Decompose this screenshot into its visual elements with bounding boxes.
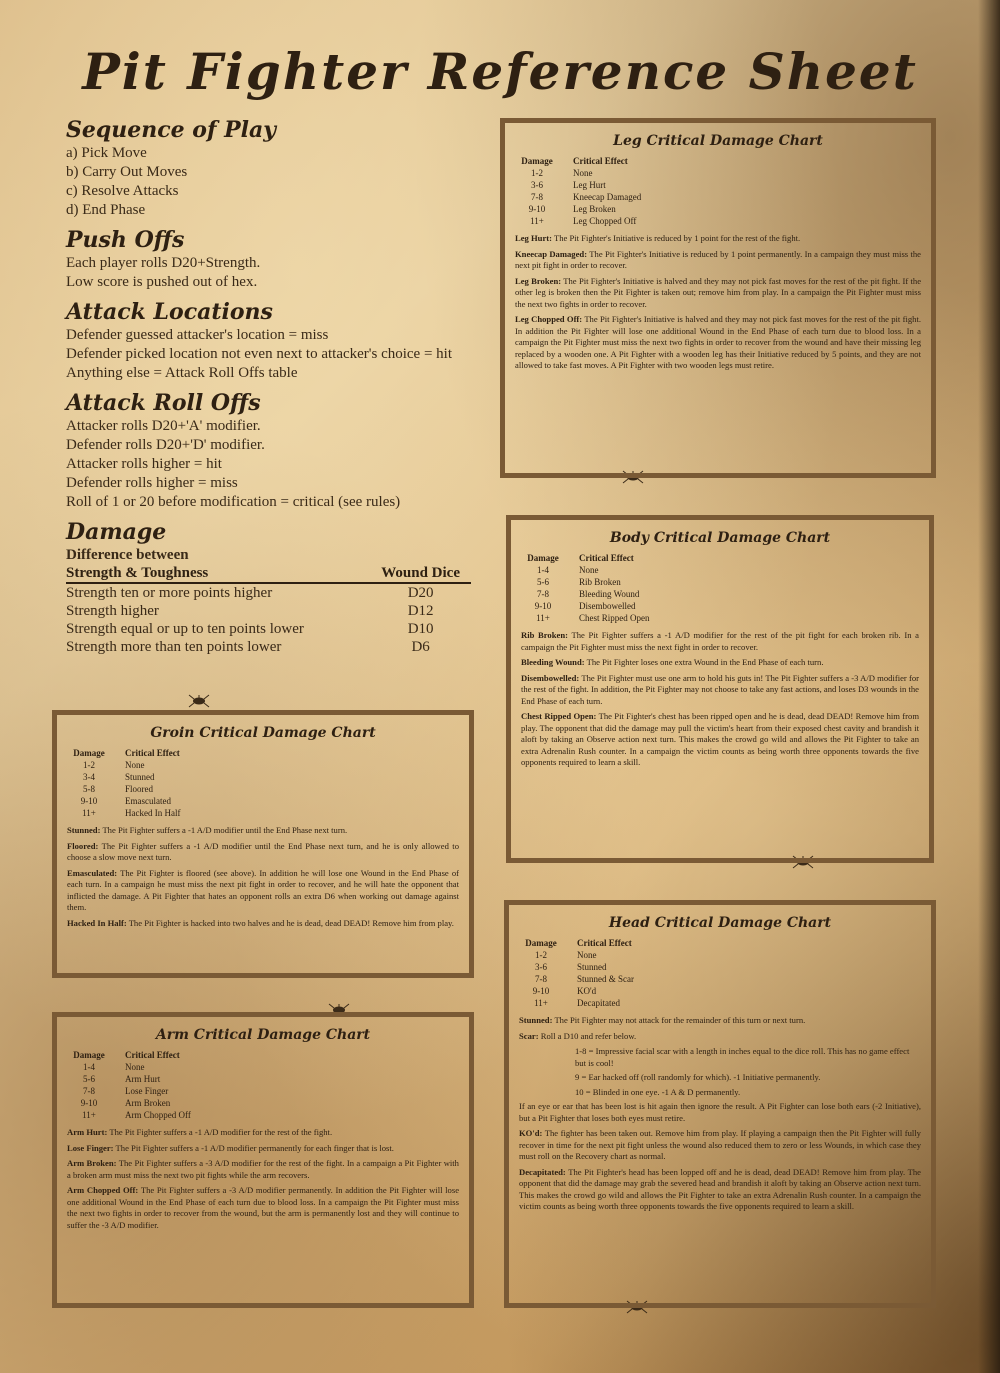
effect-cell: Kneecap Damaged [573, 191, 655, 203]
rule-term: Arm Hurt: [67, 1127, 107, 1137]
rule-text: The fighter has been taken out. Remove h… [519, 1128, 921, 1161]
chart-title: Groin Critical Damage Chart [67, 725, 459, 741]
effect-cell: Leg Hurt [573, 179, 655, 191]
rule-text: The Pit Fighter must use one arm to hold… [521, 673, 919, 706]
dice-cell: D20 [370, 583, 471, 602]
list-item: d) End Phase [66, 201, 476, 220]
effect-cell: Hacked In Half [125, 807, 194, 819]
table-row: 11+Decapitated [519, 997, 648, 1009]
rule-paragraph: Leg Hurt: The Pit Fighter's Initiative i… [515, 233, 921, 245]
effect-cell: Arm Broken [125, 1097, 205, 1109]
rule-paragraph: Lose Finger: The Pit Fighter suffers a -… [67, 1143, 459, 1155]
table-row: 9-10Emasculated [67, 795, 194, 807]
effect-cell: Stunned [577, 961, 648, 973]
section-attack-roll-offs: Attack Roll Offs Attacker rolls D20+'A' … [66, 389, 476, 512]
damage-cell: 11+ [67, 1109, 125, 1121]
table-row: 9-10Disembowelled [521, 600, 664, 612]
effect-cell: Stunned [125, 771, 194, 783]
table-row: 7-8Stunned & Scar [519, 973, 648, 985]
rule-term: Floored: [67, 841, 98, 851]
effect-cell: Arm Chopped Off [125, 1109, 205, 1121]
rule-line: Anything else = Attack Roll Offs table [66, 364, 476, 383]
table-row: 5-8Floored [67, 783, 194, 795]
damage-cell: 1-2 [515, 167, 573, 179]
damage-cell: 3-4 [67, 771, 125, 783]
column-header: Damage [519, 937, 577, 949]
critical-table: DamageCritical Effect 1-4None 5-6Arm Hur… [67, 1049, 205, 1121]
damage-cell: 11+ [67, 807, 125, 819]
table-row: 11+Arm Chopped Off [67, 1109, 205, 1121]
rule-paragraph: Rib Broken: The Pit Fighter suffers a -1… [521, 630, 919, 653]
scar-note: If an eye or ear that has been lost is h… [519, 1101, 921, 1124]
effect-cell: None [125, 759, 194, 771]
table-row: 1-4None [67, 1061, 205, 1073]
section-heading: Attack Roll Offs [66, 389, 476, 417]
effect-cell: None [579, 564, 664, 576]
damage-cell: 9-10 [67, 795, 125, 807]
scar-option: 1-8 = Impressive facial scar with a leng… [575, 1046, 921, 1069]
column-header: Damage [521, 552, 579, 564]
damage-cell: 11+ [519, 997, 577, 1009]
rule-text: The Pit Fighter's head has been lopped o… [519, 1167, 921, 1212]
rule-text: The Pit Fighter's Initiative is reduced … [554, 233, 800, 243]
damage-cell: 1-4 [67, 1061, 125, 1073]
section-heading: Sequence of Play [66, 116, 476, 144]
chart-title: Arm Critical Damage Chart [67, 1027, 459, 1043]
damage-cell: 7-8 [67, 1085, 125, 1097]
rule-term: Kneecap Damaged: [515, 249, 587, 259]
section-damage: Damage Difference between Strength & Tou… [66, 518, 476, 656]
rule-term: KO'd: [519, 1128, 542, 1138]
rule-term: Chest Ripped Open: [521, 711, 596, 721]
table-row: 11+Leg Chopped Off [515, 215, 655, 227]
table-row: 3-6Stunned [519, 961, 648, 973]
damage-cell: 9-10 [515, 203, 573, 215]
rule-text: The Pit Fighter suffers a -3 A/D modifie… [67, 1158, 459, 1180]
list-item: c) Resolve Attacks [66, 182, 476, 201]
rule-paragraph: Leg Chopped Off: The Pit Fighter's Initi… [515, 314, 921, 372]
rule-paragraph: Hacked In Half: The Pit Fighter is hacke… [67, 918, 459, 930]
rule-term: Lose Finger: [67, 1143, 114, 1153]
parchment-page: Pit Fighter Reference Sheet Sequence of … [0, 0, 1000, 1373]
rule-line: Defender rolls higher = miss [66, 474, 476, 493]
critical-table: DamageCritical Effect 1-4None 5-6Rib Bro… [521, 552, 664, 624]
damage-cell: 7-8 [515, 191, 573, 203]
page-edge-shadow [978, 0, 1000, 1373]
rule-text: The Pit Fighter's Initiative is halved a… [515, 276, 921, 309]
rule-text: The Pit Fighter may not attack for the r… [554, 1015, 805, 1025]
rule-term: Rib Broken: [521, 630, 568, 640]
table-row: 7-8Lose Finger [67, 1085, 205, 1097]
column-header: Damage [67, 1049, 125, 1061]
rule-paragraph: Stunned: The Pit Fighter suffers a -1 A/… [67, 825, 459, 837]
condition-cell: Strength equal or up to ten points lower [66, 620, 370, 638]
table-row: 1-4None [521, 564, 664, 576]
rule-paragraph: Arm Broken: The Pit Fighter suffers a -3… [67, 1158, 459, 1181]
rule-paragraph: Scar: Roll a D10 and refer below. [519, 1031, 921, 1043]
table-row: 1-2None [515, 167, 655, 179]
groin-critical-chart: Groin Critical Damage Chart DamageCritic… [52, 710, 474, 978]
rule-paragraph: Kneecap Damaged: The Pit Fighter's Initi… [515, 249, 921, 272]
effect-cell: Lose Finger [125, 1085, 205, 1097]
beetle-ornament-icon [186, 694, 212, 708]
effect-cell: KO'd [577, 985, 648, 997]
rule-paragraph: KO'd: The fighter has been taken out. Re… [519, 1128, 921, 1163]
rule-paragraph: Emasculated: The Pit Fighter is floored … [67, 868, 459, 914]
table-row: 3-6Leg Hurt [515, 179, 655, 191]
rule-paragraph: Arm Chopped Off: The Pit Fighter suffers… [67, 1185, 459, 1231]
rule-text: The Pit Fighter suffers a -1 A/D modifie… [109, 1127, 332, 1137]
chart-title: Head Critical Damage Chart [519, 915, 921, 931]
damage-subheading: Difference between [66, 546, 476, 564]
damage-cell: 7-8 [521, 588, 579, 600]
arm-critical-chart: Arm Critical Damage Chart DamageCritical… [52, 1012, 474, 1308]
damage-cell: 11+ [521, 612, 579, 624]
damage-cell: 5-6 [67, 1073, 125, 1085]
damage-cell: 9-10 [521, 600, 579, 612]
effect-cell: Leg Chopped Off [573, 215, 655, 227]
list-item: a) Pick Move [66, 144, 476, 163]
table-row: 1-2None [67, 759, 194, 771]
section-heading: Attack Locations [66, 298, 476, 326]
effect-cell: Bleeding Wound [579, 588, 664, 600]
rule-paragraph: Floored: The Pit Fighter suffers a -1 A/… [67, 841, 459, 864]
condition-cell: Strength ten or more points higher [66, 583, 370, 602]
scar-option: 9 = Ear hacked off (roll randomly for wh… [575, 1072, 921, 1084]
table-row: 9-10KO'd [519, 985, 648, 997]
damage-cell: 7-8 [519, 973, 577, 985]
rule-text: The Pit Fighter suffers a -1 A/D modifie… [116, 1143, 394, 1153]
damage-cell: 5-8 [67, 783, 125, 795]
effect-cell: Chest Ripped Open [579, 612, 664, 624]
table-row: 11+Hacked In Half [67, 807, 194, 819]
rule-term: Leg Broken: [515, 276, 561, 286]
rule-paragraph: Bleeding Wound: The Pit Fighter loses on… [521, 657, 919, 669]
effect-cell: None [125, 1061, 205, 1073]
column-header: Critical Effect [125, 1049, 205, 1061]
effect-cell: Rib Broken [579, 576, 664, 588]
rule-term: Stunned: [67, 825, 100, 835]
rule-text: The Pit Fighter suffers a -1 A/D modifie… [521, 630, 919, 652]
rule-paragraph: Disembowelled: The Pit Fighter must use … [521, 673, 919, 708]
section-heading: Push Offs [66, 226, 476, 254]
rule-term: Leg Chopped Off: [515, 314, 582, 324]
wound-dice-table: Strength & Toughness Wound Dice Strength… [66, 564, 471, 656]
column-header: Damage [67, 747, 125, 759]
critical-table: DamageCritical Effect 1-2None 3-6Stunned… [519, 937, 648, 1009]
section-sequence-of-play: Sequence of Play a) Pick Move b) Carry O… [66, 116, 476, 220]
rule-term: Scar: [519, 1031, 539, 1041]
dice-cell: D12 [370, 602, 471, 620]
dice-cell: D6 [370, 638, 471, 656]
table-row: 7-8Bleeding Wound [521, 588, 664, 600]
section-attack-locations: Attack Locations Defender guessed attack… [66, 298, 476, 383]
effect-cell: Leg Broken [573, 203, 655, 215]
table-row: Strength equal or up to ten points lower… [66, 620, 471, 638]
rule-term: Decapitated: [519, 1167, 566, 1177]
effect-cell: Decapitated [577, 997, 648, 1009]
scar-option: 10 = Blinded in one eye. -1 A & D perman… [575, 1087, 921, 1099]
critical-table: DamageCritical Effect 1-2None 3-4Stunned… [67, 747, 194, 819]
rule-line: Each player rolls D20+Strength. [66, 254, 476, 273]
effect-cell: Emasculated [125, 795, 194, 807]
effect-cell: None [573, 167, 655, 179]
rule-line: Attacker rolls higher = hit [66, 455, 476, 474]
section-push-offs: Push Offs Each player rolls D20+Strength… [66, 226, 476, 292]
rule-line: Defender guessed attacker's location = m… [66, 326, 476, 345]
rule-line: Defender picked location not even next t… [66, 345, 476, 364]
left-column: Sequence of Play a) Pick Move b) Carry O… [66, 116, 476, 662]
page-title: Pit Fighter Reference Sheet [0, 42, 1000, 101]
column-header: Critical Effect [577, 937, 648, 949]
chart-title: Body Critical Damage Chart [521, 530, 919, 546]
effect-cell: Disembowelled [579, 600, 664, 612]
critical-table: DamageCritical Effect 1-2None 3-6Leg Hur… [515, 155, 655, 227]
damage-cell: 1-2 [67, 759, 125, 771]
dice-cell: D10 [370, 620, 471, 638]
rule-line: Low score is pushed out of hex. [66, 273, 476, 292]
rule-term: Emasculated: [67, 868, 117, 878]
damage-cell: 3-6 [519, 961, 577, 973]
condition-cell: Strength more than ten points lower [66, 638, 370, 656]
rule-term: Stunned: [519, 1015, 552, 1025]
rule-line: Roll of 1 or 20 before modification = cr… [66, 493, 476, 512]
table-row: 9-10Leg Broken [515, 203, 655, 215]
damage-cell: 9-10 [67, 1097, 125, 1109]
column-header: Wound Dice [370, 564, 471, 583]
rule-paragraph: Decapitated: The Pit Fighter's head has … [519, 1167, 921, 1213]
rule-term: Leg Hurt: [515, 233, 552, 243]
rule-text: Roll a D10 and refer below. [541, 1031, 636, 1041]
rule-text: The Pit Fighter is floored (see above). … [67, 868, 459, 913]
damage-cell: 3-6 [515, 179, 573, 191]
table-row: 7-8Kneecap Damaged [515, 191, 655, 203]
column-header: Damage [515, 155, 573, 167]
table-row: 1-2None [519, 949, 648, 961]
rule-paragraph: Arm Hurt: The Pit Fighter suffers a -1 A… [67, 1127, 459, 1139]
rule-text: The Pit Fighter suffers a -1 A/D modifie… [102, 825, 347, 835]
rule-text: The Pit Fighter loses one extra Wound in… [587, 657, 824, 667]
rule-line: Defender rolls D20+'D' modifier. [66, 436, 476, 455]
head-critical-chart: Head Critical Damage Chart DamageCritica… [504, 900, 936, 1308]
table-row: Strength higher D12 [66, 602, 471, 620]
table-row: 11+Chest Ripped Open [521, 612, 664, 624]
table-row: 5-6Rib Broken [521, 576, 664, 588]
damage-cell: 5-6 [521, 576, 579, 588]
damage-cell: 1-2 [519, 949, 577, 961]
column-header: Critical Effect [579, 552, 664, 564]
rule-term: Disembowelled: [521, 673, 579, 683]
leg-critical-chart: Leg Critical Damage Chart DamageCritical… [500, 118, 936, 478]
table-row: 5-6Arm Hurt [67, 1073, 205, 1085]
rule-term: Hacked In Half: [67, 918, 127, 928]
rule-term: Arm Broken: [67, 1158, 116, 1168]
rule-paragraph: Chest Ripped Open: The Pit Fighter's che… [521, 711, 919, 769]
rule-term: Bleeding Wound: [521, 657, 585, 667]
column-header: Critical Effect [573, 155, 655, 167]
effect-cell: Arm Hurt [125, 1073, 205, 1085]
table-row: Strength ten or more points higher D20 [66, 583, 471, 602]
effect-cell: Stunned & Scar [577, 973, 648, 985]
rule-text: The Pit Fighter is hacked into two halve… [129, 918, 454, 928]
damage-cell: 11+ [515, 215, 573, 227]
rule-paragraph: Leg Broken: The Pit Fighter's Initiative… [515, 276, 921, 311]
rule-term: Arm Chopped Off: [67, 1185, 138, 1195]
body-critical-chart: Body Critical Damage Chart DamageCritica… [506, 515, 934, 863]
effect-cell: None [577, 949, 648, 961]
table-row: 3-4Stunned [67, 771, 194, 783]
rule-text: The Pit Fighter suffers a -1 A/D modifie… [67, 841, 459, 863]
damage-cell: 9-10 [519, 985, 577, 997]
table-row: Strength more than ten points lower D6 [66, 638, 471, 656]
rule-paragraph: Stunned: The Pit Fighter may not attack … [519, 1015, 921, 1027]
effect-cell: Floored [125, 783, 194, 795]
section-heading: Damage [66, 518, 476, 546]
damage-cell: 1-4 [521, 564, 579, 576]
chart-title: Leg Critical Damage Chart [515, 133, 921, 149]
rule-line: Attacker rolls D20+'A' modifier. [66, 417, 476, 436]
column-header: Critical Effect [125, 747, 194, 759]
list-item: b) Carry Out Moves [66, 163, 476, 182]
table-row: 9-10Arm Broken [67, 1097, 205, 1109]
column-header: Strength & Toughness [66, 564, 370, 583]
condition-cell: Strength higher [66, 602, 370, 620]
